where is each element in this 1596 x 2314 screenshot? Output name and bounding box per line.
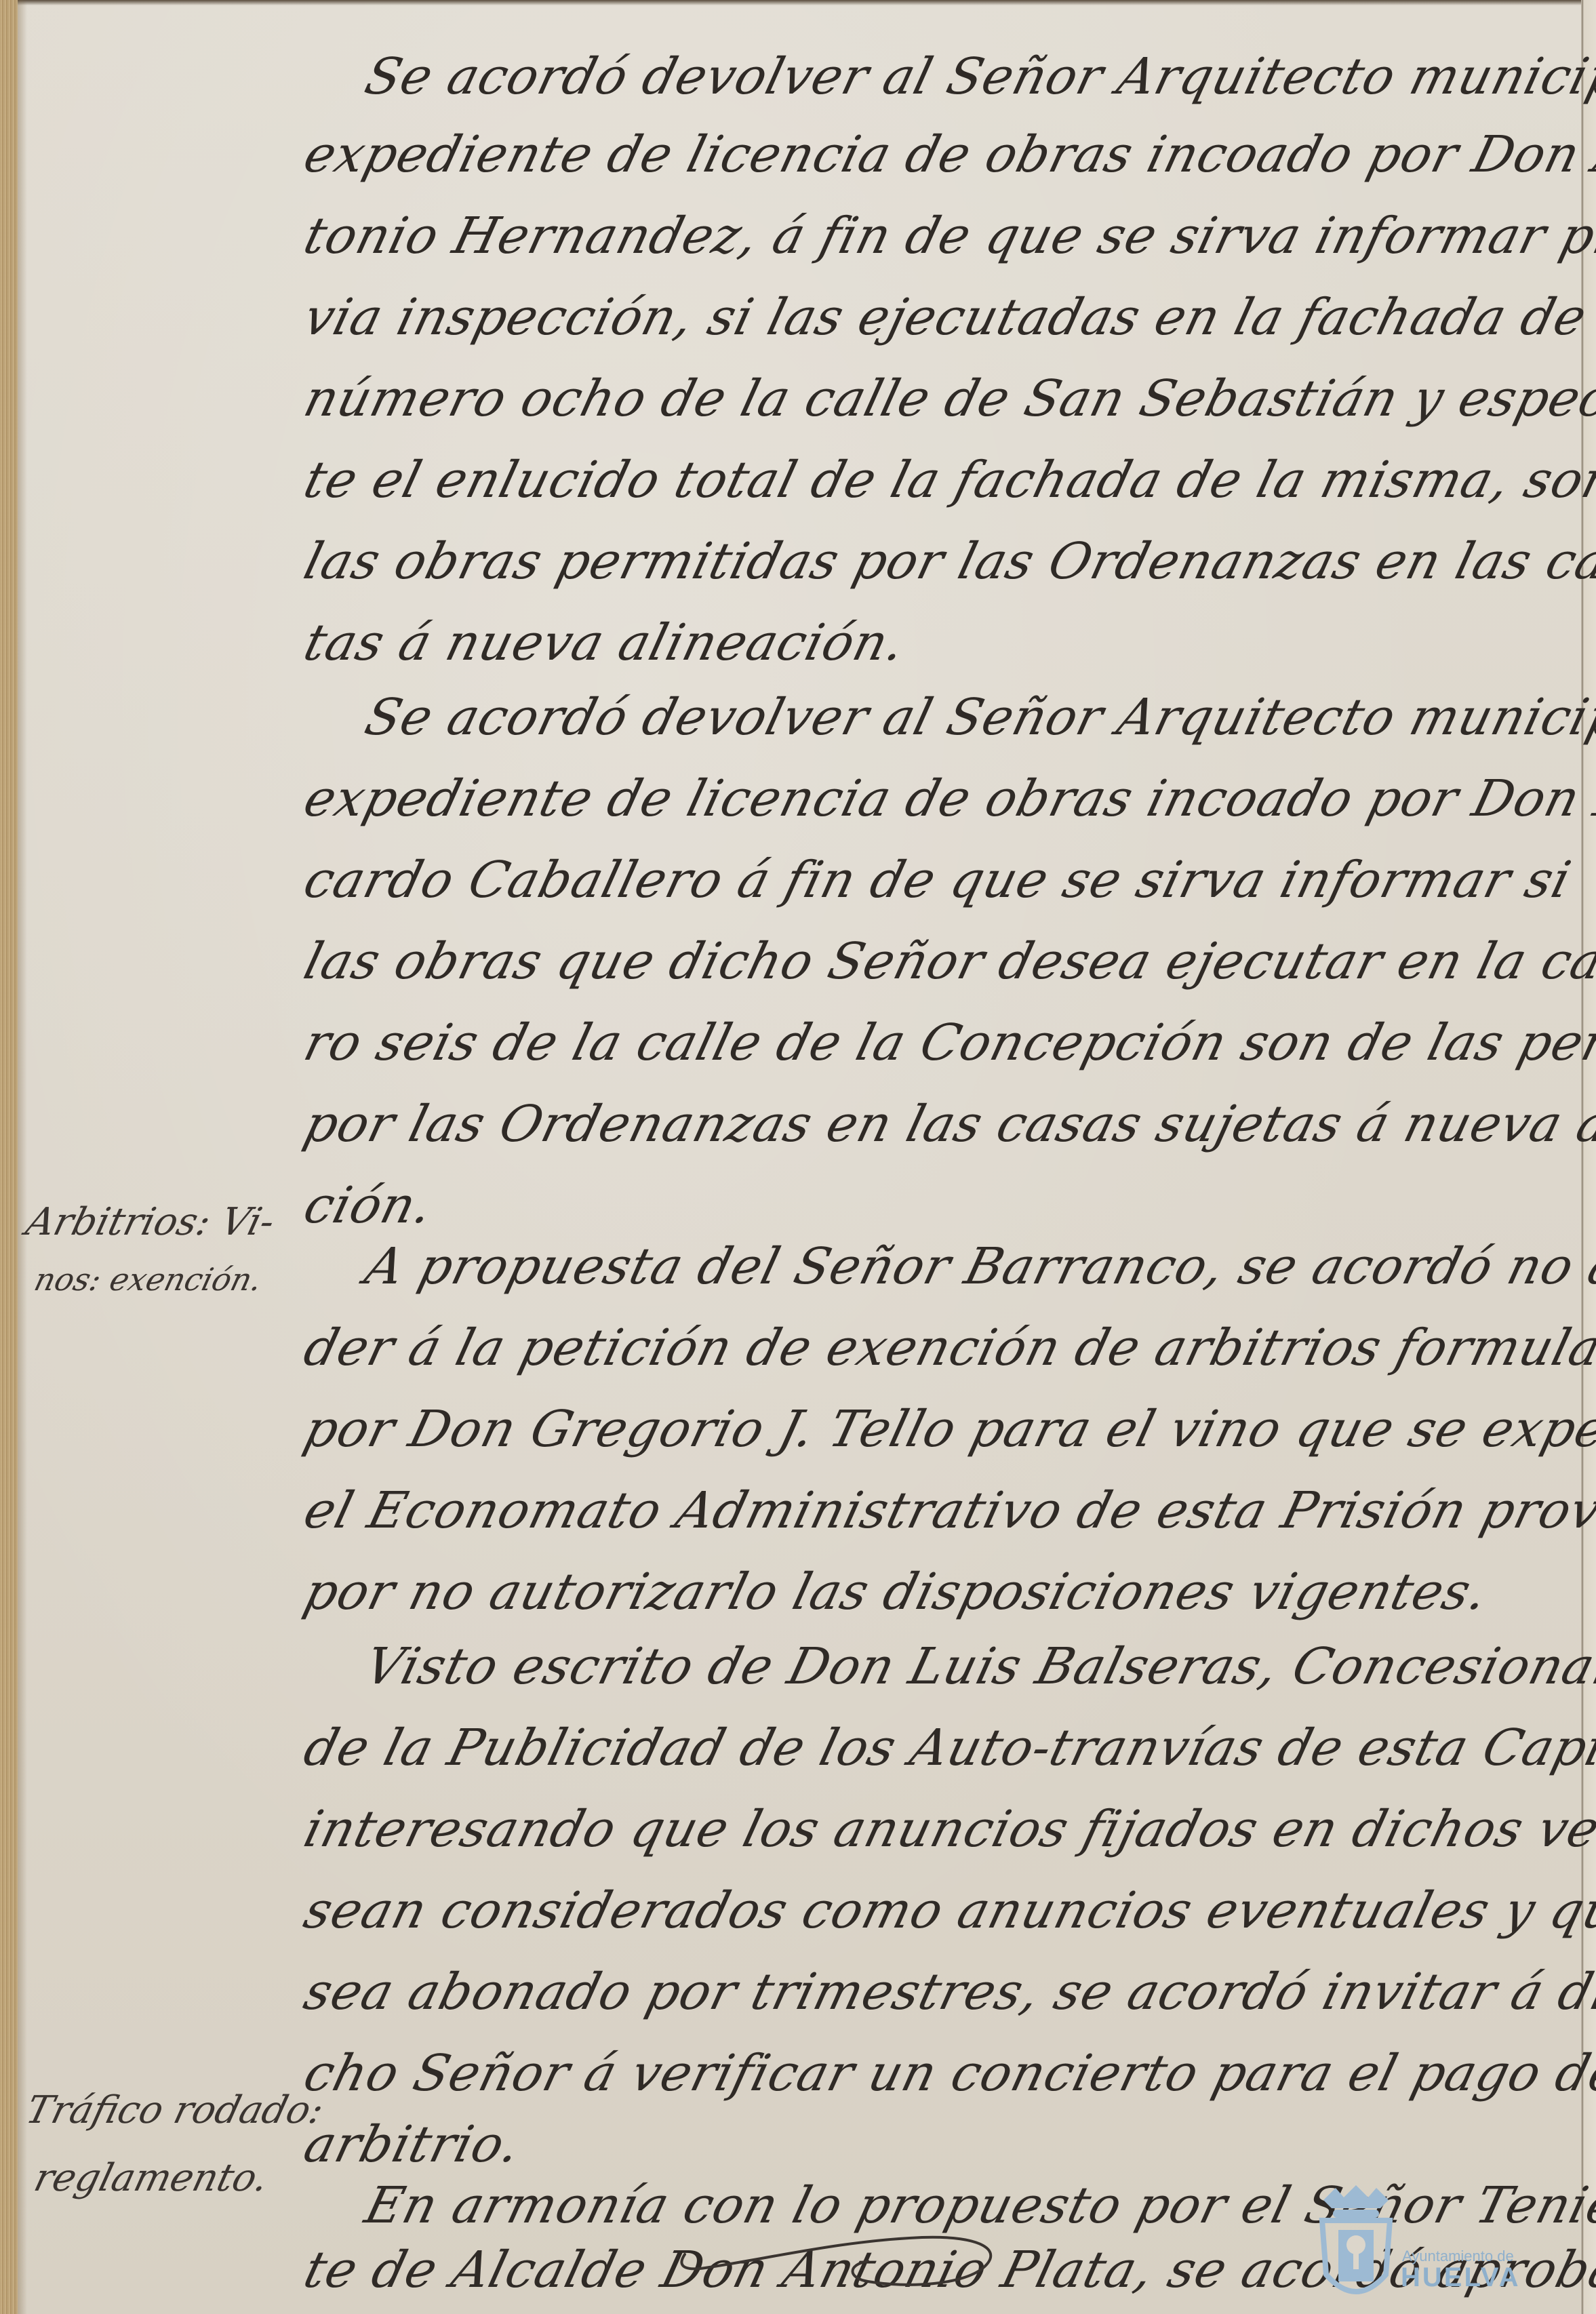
- body-line: sean considerados como anuncios eventual…: [298, 1881, 1596, 1940]
- body-line: Visto escrito de Don Luis Balseras, Conc…: [359, 1637, 1596, 1696]
- body-line: ción.: [298, 1176, 439, 1235]
- body-line: cho Señor á verificar un concierto para …: [298, 2044, 1596, 2102]
- book-binding-edge: [0, 0, 18, 2314]
- margin-note-arbitrios-line2: nos: exención.: [31, 1261, 266, 1298]
- body-line: de la Publicidad de los Auto-tranvías de…: [298, 1719, 1596, 1777]
- body-line: Se acordó devolver al Señor Arquitecto m…: [359, 47, 1596, 106]
- body-line: por no autorizarlo las disposiciones vig…: [298, 1563, 1494, 1621]
- body-line: expediente de licencia de obras incoado …: [298, 770, 1596, 828]
- body-line: sea abonado por trimestres, se acordó in…: [298, 1963, 1596, 2021]
- body-line: número ocho de la calle de San Sebastián…: [298, 370, 1596, 428]
- body-line: por Don Gregorio J. Tello para el vino q…: [298, 1400, 1596, 1458]
- body-line: interesando que los anuncios fijados en …: [298, 1800, 1596, 1858]
- margin-note-arbitrios-line1: Arbitrios: Vi-: [22, 1200, 279, 1244]
- coat-of-arms-icon: [1315, 2180, 1397, 2309]
- body-line: via inspección, si las ejecutadas en la …: [298, 288, 1596, 346]
- body-line: cardo Caballero á fin de que se sirva in…: [298, 851, 1577, 909]
- stamp-text-huelva: HUELVA: [1401, 2262, 1521, 2293]
- margin-note-trafico-line1: Tráfico rodado:: [22, 2088, 328, 2132]
- body-line: arbitrio.: [298, 2115, 527, 2174]
- body-line: te el enlucido total de la fachada de la…: [298, 451, 1596, 509]
- body-line: las obras que dicho Señor desea ejecutar…: [298, 932, 1596, 991]
- body-line: tas á nueva alineación.: [298, 614, 911, 672]
- ayuntamiento-huelva-stamp: Ayuntamiento de HUELVA: [1315, 2180, 1587, 2309]
- body-line: el Economato Administrativo de esta Pris…: [298, 1481, 1596, 1540]
- manuscript-page: Arbitrios: Vi- nos: exención. Tráfico ro…: [0, 0, 1596, 2314]
- binding-shadow: [18, 0, 27, 2314]
- body-line: las obras permitidas por las Ordenanzas …: [298, 532, 1596, 591]
- body-line: expediente de licencia de obras incoado …: [298, 125, 1596, 184]
- body-line: der á la petición de exención de arbitri…: [298, 1319, 1596, 1377]
- top-edge-shadow: [0, 0, 1596, 5]
- margin-note-trafico-line2: reglamento.: [30, 2156, 273, 2200]
- body-line: por las Ordenanzas en las casas sujetas …: [298, 1095, 1596, 1153]
- body-line: Se acordó devolver al Señor Arquitecto m…: [359, 688, 1596, 746]
- body-line: A propuesta del Señor Barranco, se acord…: [359, 1237, 1596, 1296]
- closing-flourish-icon: [664, 2214, 1017, 2295]
- body-line: tonio Hernandez, á fin de que se sirva i…: [298, 207, 1596, 265]
- body-line: ro seis de la calle de la Concepción son…: [298, 1014, 1596, 1072]
